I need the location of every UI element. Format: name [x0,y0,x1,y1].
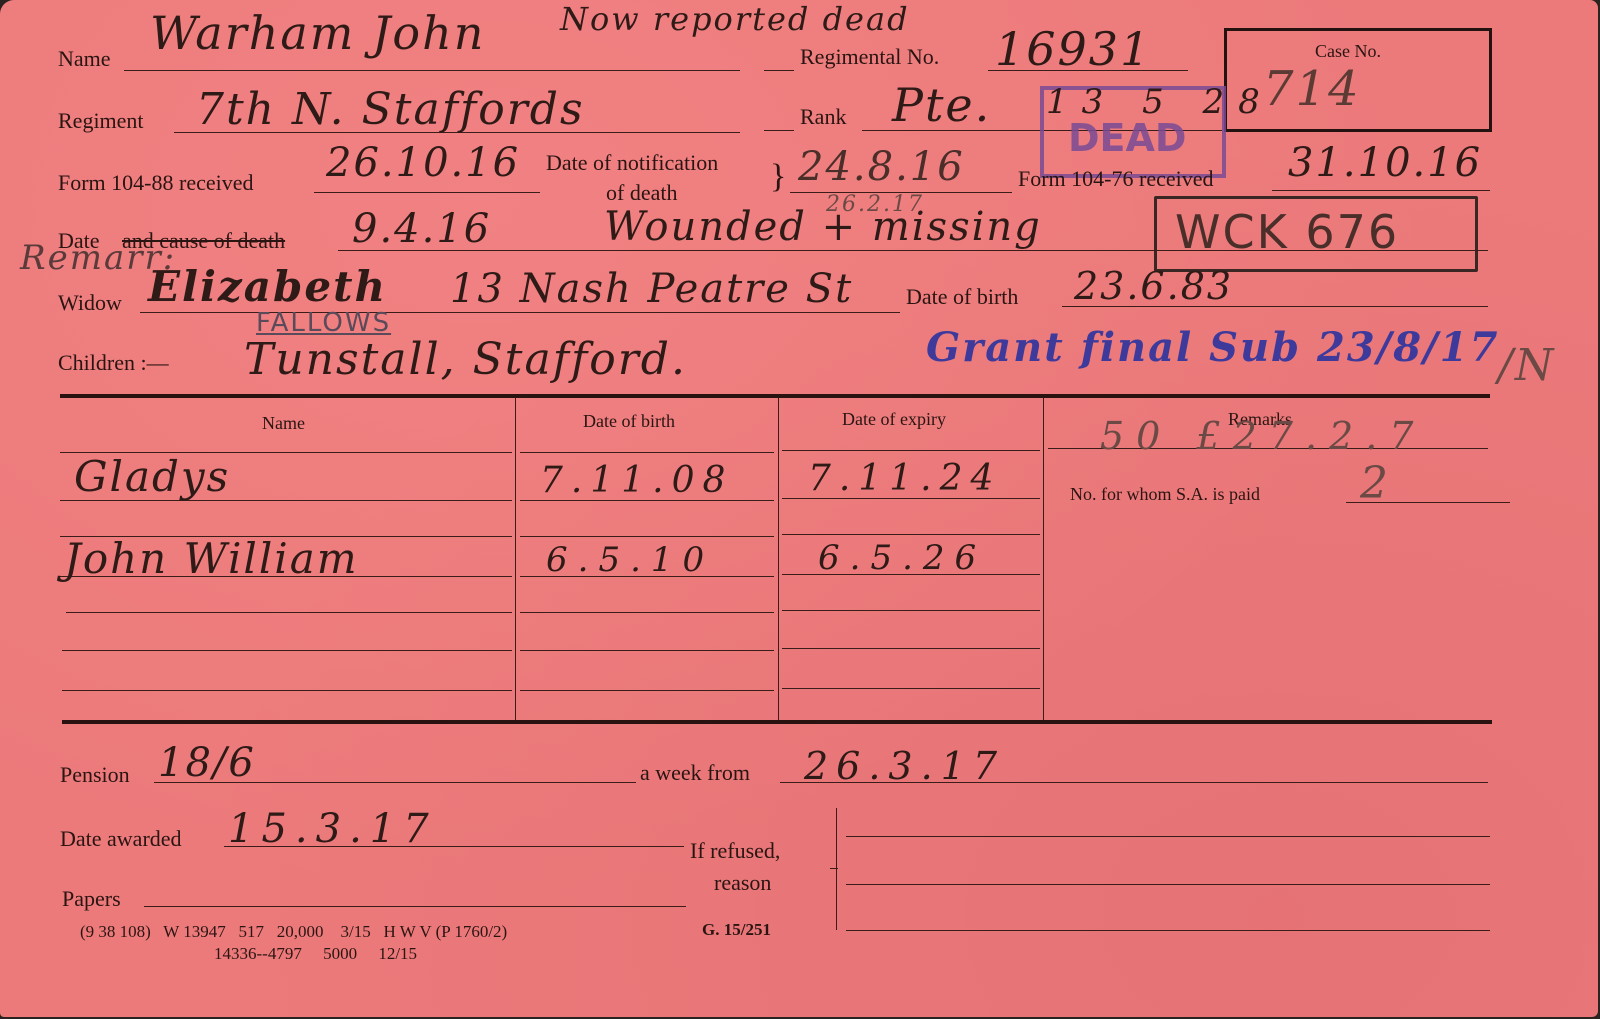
papers-label: Papers [62,886,121,912]
table-header-expiry: Date of expiry [842,409,946,430]
form-104-76-label: Form 104-76 received [1018,166,1214,192]
refused-brace [836,808,837,930]
widow-address-entry: 13 Nash Peatre St [450,266,853,312]
wck-reference-box: WCK 676 [1154,196,1478,272]
table-divider-2 [778,398,779,720]
table-rule [782,610,1040,611]
print-code-g: G. 15/251 [702,920,771,940]
child-name: John William [64,534,359,583]
if-refused-label-2: reason [714,870,771,896]
reported-note: Now reported dead [560,0,910,38]
table-rule [520,612,774,613]
week-from-label: a week from [640,760,750,786]
refused-reason-line-3 [846,930,1490,931]
regiment-label: Regiment [58,108,144,134]
table-bottom-rule [62,720,1492,724]
regimental-no-lead-line [764,70,794,71]
rank-label: Rank [800,104,846,130]
cause-of-death-entry: Wounded + missing [604,204,1042,250]
form-104-76-entry: 31.10.16 [1288,140,1482,186]
table-rule [62,650,512,651]
table-rule [782,534,1040,535]
date-of-death-label: Date [58,228,100,254]
table-rule [520,452,774,453]
table-header-dob: Date of birth [583,411,675,432]
name-label: Name [58,46,111,72]
pension-label: Pension [60,762,130,788]
child-expiry: 7.11.24 [808,458,1001,499]
date-notification-label-1: Date of notification [546,150,718,176]
widow-dob-entry: 23.6.83 [1074,264,1233,308]
table-divider-3 [1043,398,1044,720]
table-rule [520,690,774,691]
form-104-88-line [314,192,540,193]
rank-entry: Pte. [892,78,991,132]
table-rule [782,688,1040,689]
pension-record-card: Name Warham John Now reported dead Regim… [0,0,1598,1017]
child-expiry: 6.5.26 [818,538,986,578]
table-rule [520,536,774,537]
refused-reason-line-2 [846,884,1490,885]
case-no-entry: 714 [1263,61,1361,117]
cause-of-death-struck-label: and cause of death [122,228,285,254]
week-from-entry: 26.3.17 [804,744,1005,788]
name-entry: Warham John [150,6,485,60]
date-of-death-line [338,250,1488,251]
date-notification-label-2: of death [606,180,677,206]
form-104-88-label: Form 104-88 received [58,170,254,196]
date-of-death-entry: 9.4.16 [352,206,491,252]
child-dob: 7.11.08 [540,460,733,501]
regimental-no-entry: 16931 [995,22,1151,76]
form-104-76-line [1272,190,1490,191]
children-label: Children :— [58,350,169,376]
child-name: Gladys [74,452,230,501]
margin-note: /N [1498,340,1555,391]
date-awarded-entry: 15.3.17 [228,806,437,852]
regimental-no-label: Regimental No. [800,44,939,70]
widow-dob-label: Date of birth [906,284,1018,310]
table-rule [782,648,1040,649]
papers-line [144,906,686,907]
table-rule [520,650,774,651]
form-104-88-entry: 26.10.16 [326,140,520,186]
print-code-line-2: 14336--4797 5000 12/15 [214,944,417,964]
if-refused-label-1: If refused, [690,838,780,864]
widow-label: Widow [58,290,122,316]
table-rule [62,690,512,691]
sa-paid-entry: 2 [1360,458,1390,509]
case-no-label: Case No. [1315,41,1381,62]
child-dob: 6.5.10 [546,540,714,580]
grant-note: Grant final Sub 23/8/17 [926,324,1499,371]
date-awarded-label: Date awarded [60,826,182,852]
date-notification-entry: 24.8.16 [798,144,965,190]
dead-stamp-text: DEAD [1068,116,1186,160]
pension-entry: 18/6 [158,740,256,786]
widow-line [140,312,900,313]
widow-name-entry: Elizabeth [148,262,387,311]
print-code-line-1: (9 38 108) W 13947 517 20,000 3/15 H W V… [80,922,507,942]
name-line [124,70,740,71]
refused-brace-tip [830,868,838,869]
widow-town-entry: Tunstall, Stafford. [244,334,687,385]
table-header-name: Name [262,413,305,434]
notification-brace: } [770,158,786,196]
refused-reason-line-1 [846,836,1490,837]
stamp-date-entry: 13 5 28 [1046,82,1274,122]
table-divider-1 [515,398,516,720]
remarks-pencil-entry: 50 £27.2.7 [1100,414,1425,458]
sa-paid-label: No. for whom S.A. is paid [1070,484,1260,505]
table-top-rule [60,394,1490,398]
rank-lead-line [764,130,794,131]
table-rule [66,612,512,613]
regiment-entry: 7th N. Staffords [196,84,585,135]
table-rule [782,450,1040,451]
